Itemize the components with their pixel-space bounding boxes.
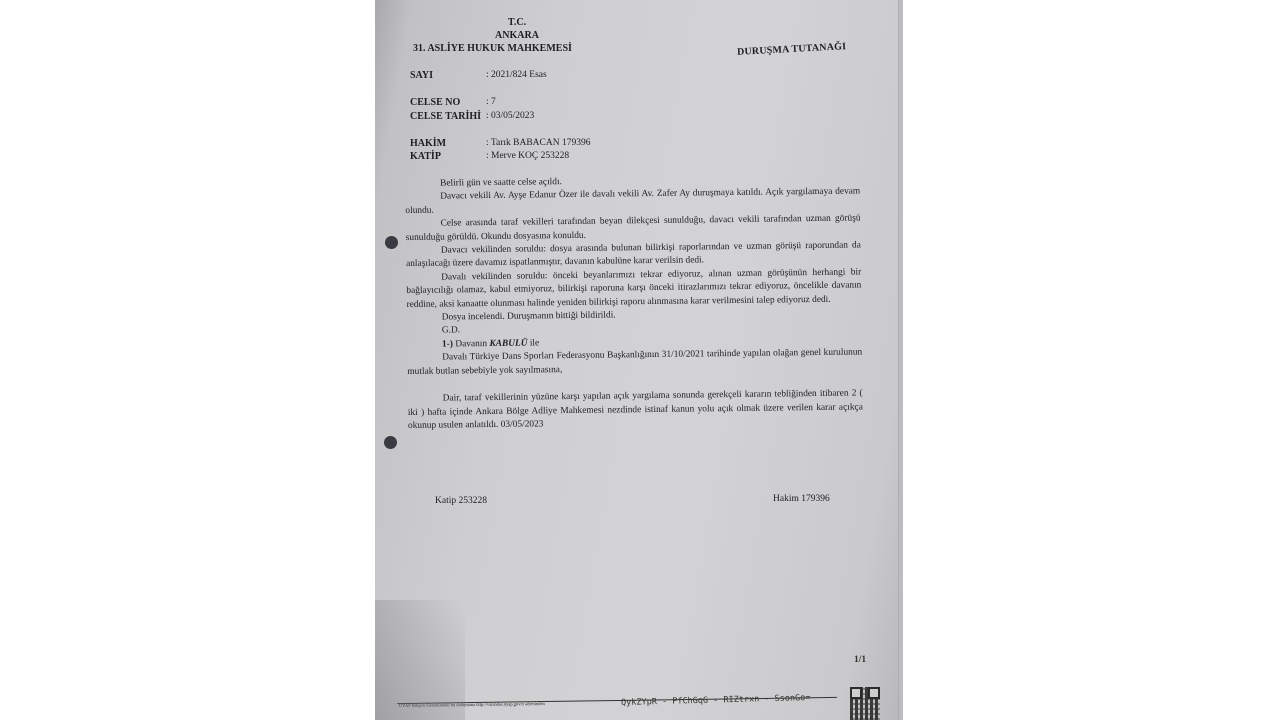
signature-katip: Katip 253228 — [435, 496, 487, 506]
punch-hole-bottom — [384, 436, 397, 449]
page-count: 1/1 — [854, 655, 866, 665]
meta-value: : 7 — [486, 97, 496, 108]
meta-celse-no: CELSE NO : 7 — [410, 97, 496, 108]
court-country: T.C. — [417, 16, 617, 29]
signature-hakim: Hakim 179396 — [773, 494, 830, 504]
meta-label: CELSE NO — [410, 97, 486, 108]
meta-sayi: SAYI : 2021/824 Esas — [410, 70, 547, 81]
meta-value: : 03/05/2023 — [486, 111, 534, 122]
meta-celse-tarihi: CELSE TARİHİ : 03/05/2023 — [410, 111, 534, 122]
paragraph-appeal-notice: Dair, taraf vekillerinin yüzüne karşı ya… — [408, 388, 863, 434]
meta-label: HAKİM — [410, 138, 486, 149]
meta-value: : Merve KOÇ 253228 — [486, 151, 569, 162]
meta-label: KATİP — [410, 151, 486, 162]
verdict-number: 1-) — [442, 339, 453, 349]
footer-verification-code: QykZYpR - PfChGqG - RIZtrxn - SsonGo= — [621, 693, 811, 708]
hearing-body: Belirli gün ve saatte celse açıldı. Dava… — [405, 172, 863, 433]
paragraph-defendant-statement: Davalı vekilinden soruldu: önceki beyanl… — [406, 266, 861, 312]
meta-katip: KATİP : Merve KOÇ 253228 — [410, 151, 569, 162]
document-title: DURUŞMA TUTANAĞI — [737, 41, 847, 58]
page-edge — [898, 0, 903, 720]
meta-label: SAYI — [410, 70, 486, 81]
verdict-emphasis: KABULÜ — [489, 338, 527, 348]
qr-code-icon — [850, 687, 880, 720]
meta-value: : Tarık BABACAN 179396 — [486, 138, 590, 149]
court-city: ANKARA — [417, 29, 617, 42]
court-header: T.C. ANKARA 31. ASLİYE HUKUK MAHKEMESİ — [417, 16, 617, 55]
meta-hakim: HAKİM : Tarık BABACAN 179396 — [410, 138, 590, 149]
verdict-post: ile — [530, 338, 539, 348]
document-page: T.C. ANKARA 31. ASLİYE HUKUK MAHKEMESİ D… — [375, 0, 903, 720]
court-name: 31. ASLİYE HUKUK MAHKEMESİ — [413, 42, 617, 55]
footer-verification-text: UYAP Bilişim Sistemindeki bu dokümana ht… — [399, 701, 545, 708]
verdict-pre: Davanın — [455, 339, 487, 349]
punch-hole-top — [385, 236, 398, 249]
meta-label: CELSE TARİHİ — [410, 111, 486, 122]
paragraph-verdict-detail: Davalı Türkiye Dans Sporları Federasyonu… — [407, 347, 862, 379]
meta-value: : 2021/824 Esas — [486, 70, 547, 81]
